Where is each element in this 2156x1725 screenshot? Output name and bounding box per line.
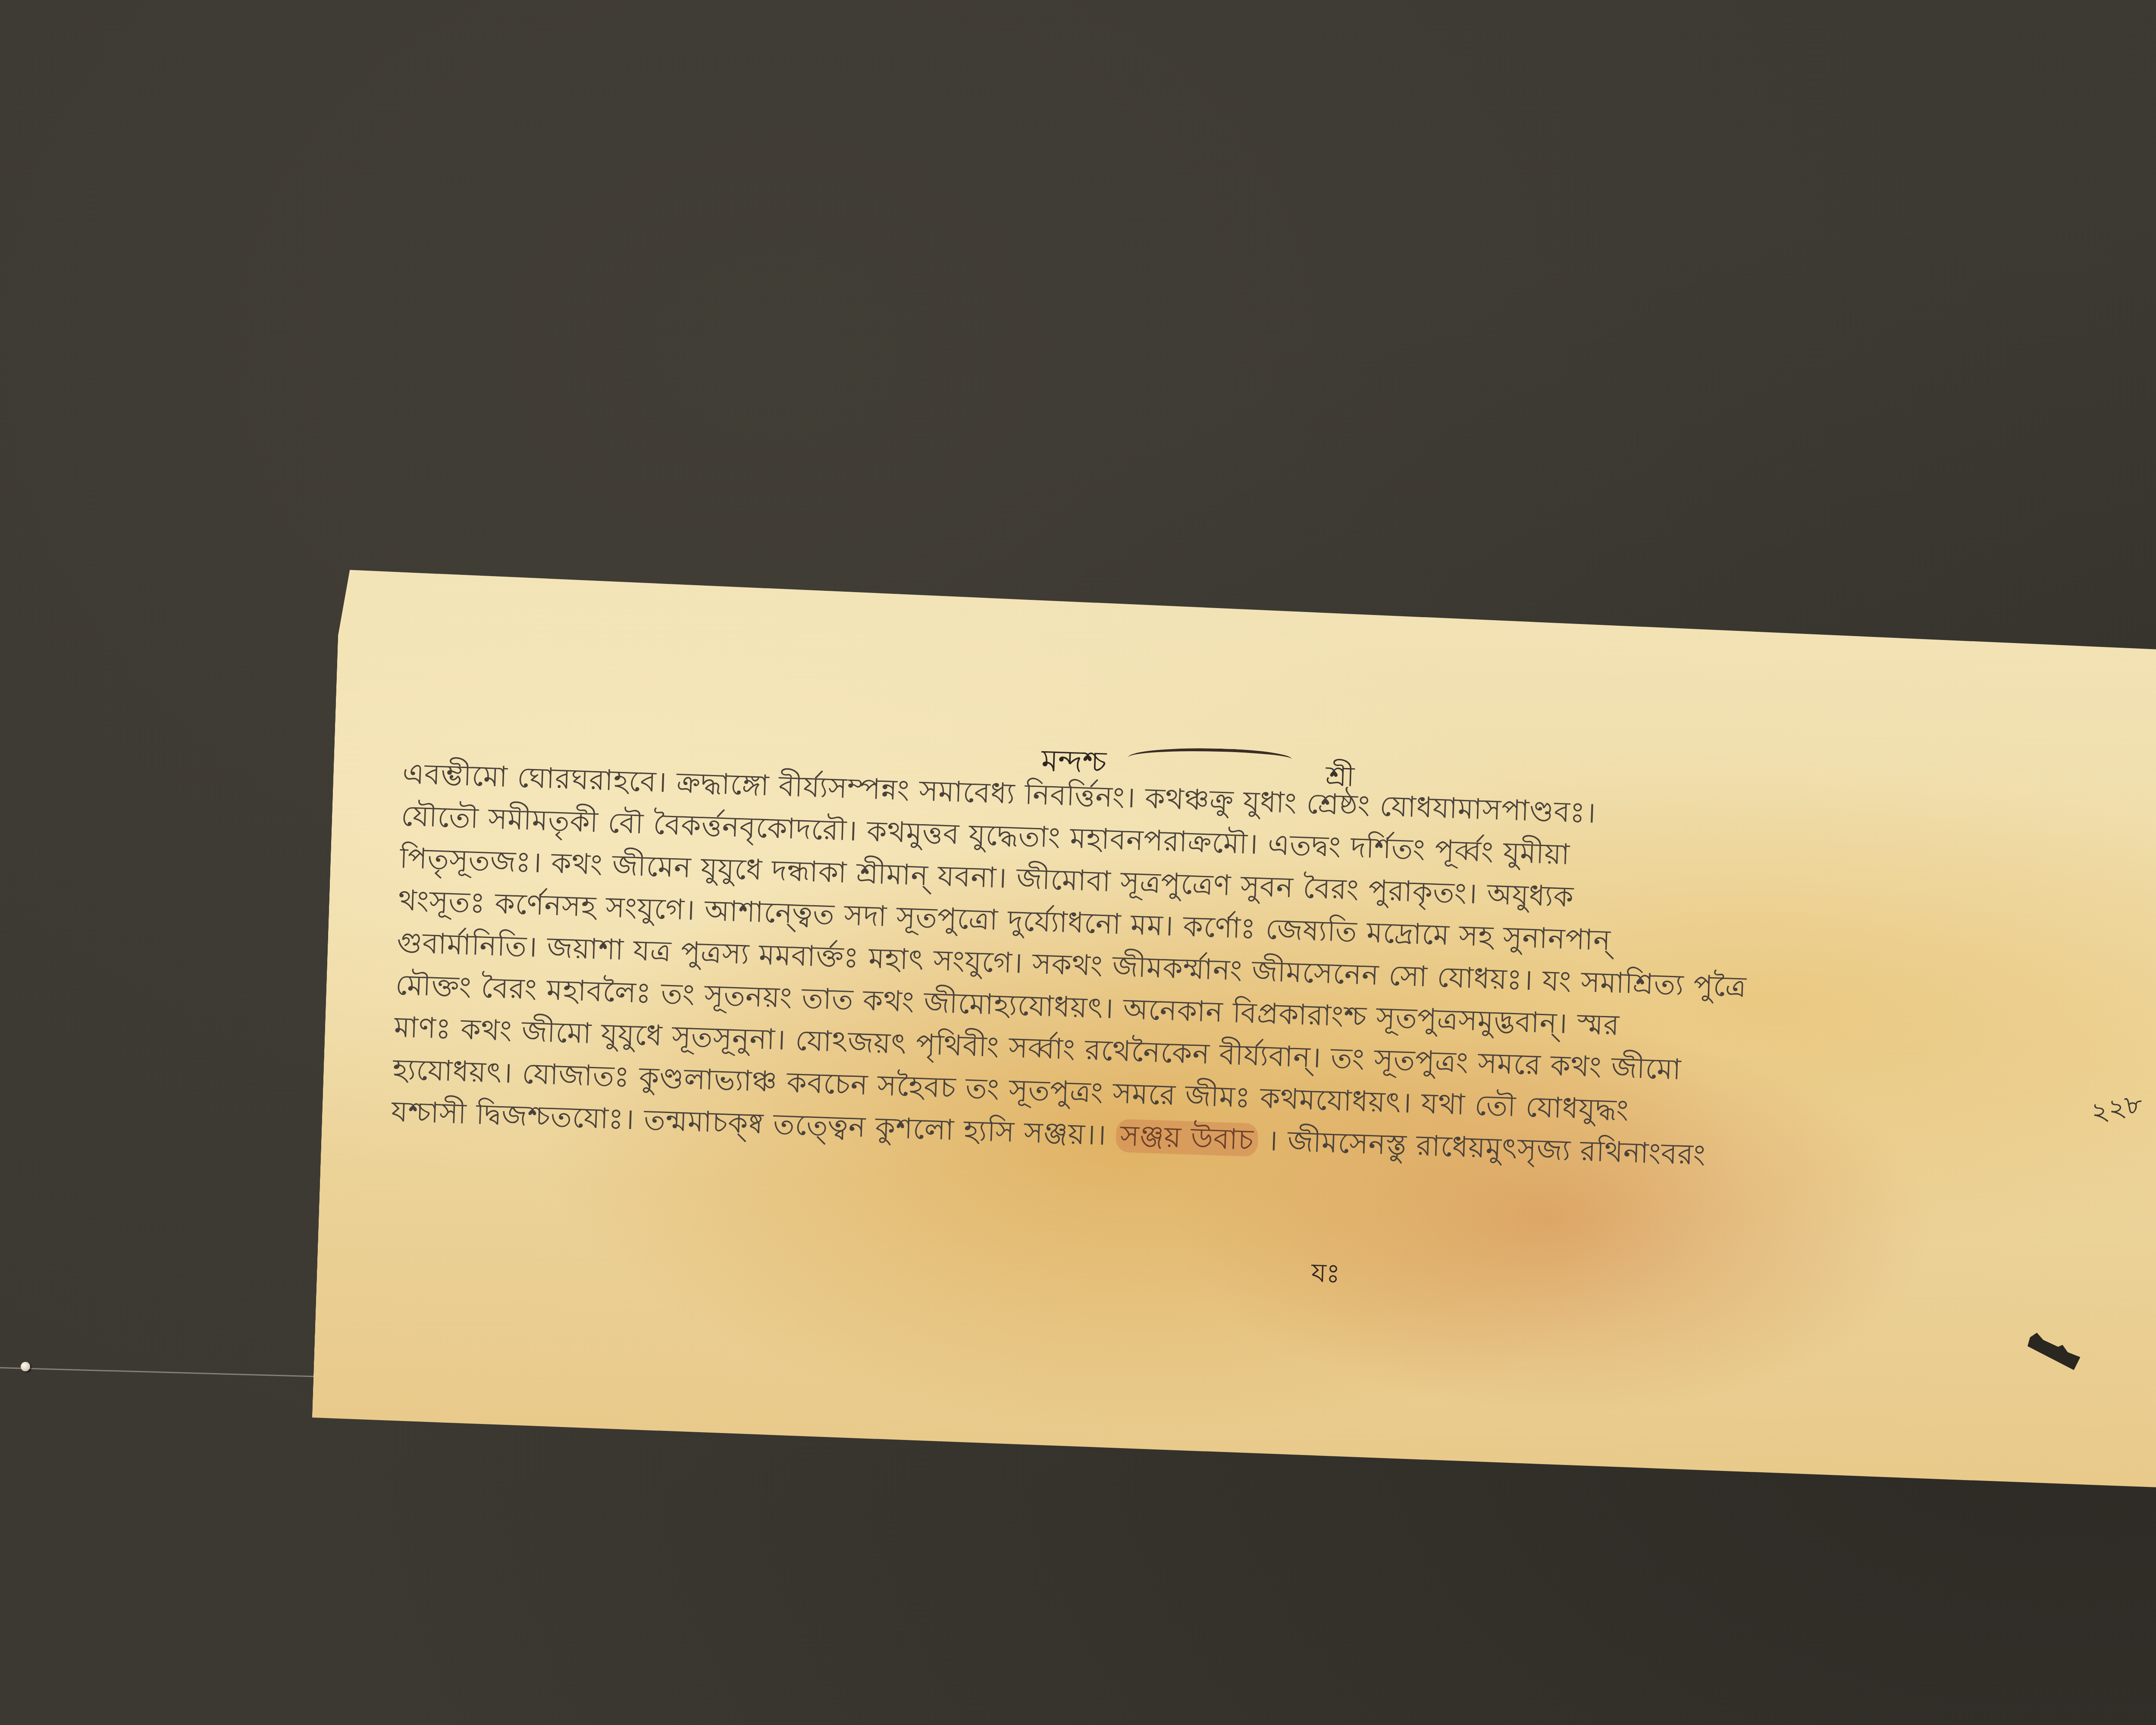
rubric-speaker-marker: সঞ্জয় উবাচ — [1116, 1119, 1259, 1157]
header-flourish — [1128, 746, 1292, 772]
manuscript-text: এবম্ভীমো ঘোরঘরাহবে। ক্রদ্ধাঙ্গো বীর্য্যস… — [391, 753, 2149, 1191]
manuscript-folio: মন্দশ্চ শ্রী এবম্ভীমো ঘোরঘরাহবে। ক্রদ্ধা… — [311, 556, 2156, 1508]
paper-hole — [2024, 1331, 2084, 1371]
folio-marker: যঃ — [1310, 1253, 1341, 1297]
mounting-pin — [21, 1362, 30, 1371]
